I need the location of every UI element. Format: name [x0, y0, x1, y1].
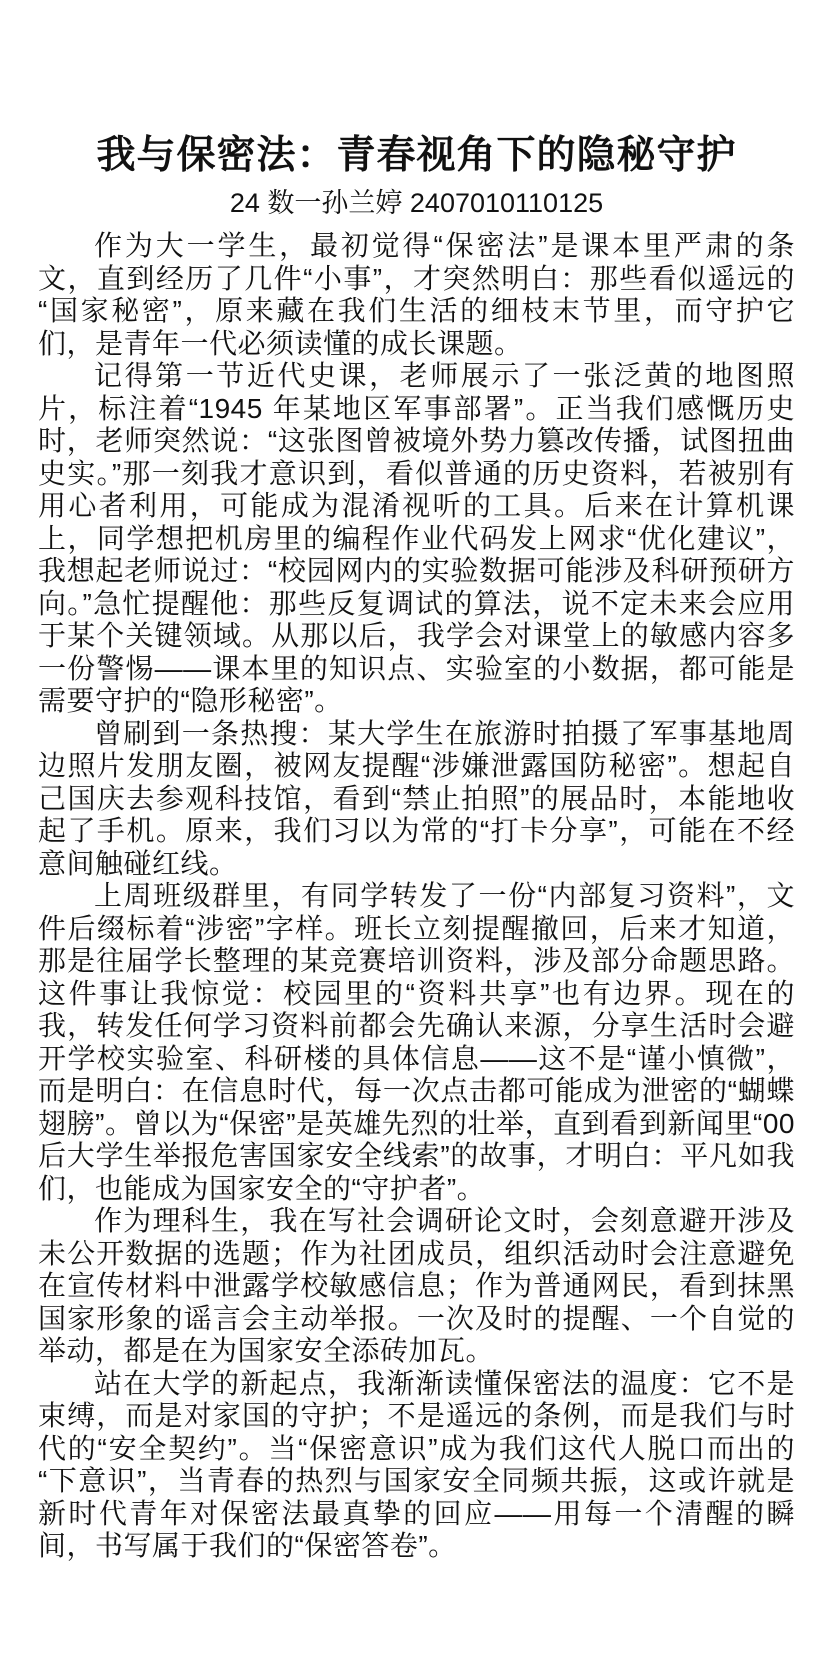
paragraph-3: 曾刷到一条热搜：某大学生在旅游时拍摄了军事基地周边照片发朋友圈，被网友提醒“涉嫌…: [38, 718, 795, 881]
document-byline: 24 数一孙兰婷 2407010110125: [38, 186, 795, 220]
document-title: 我与保密法：青春视角下的隐秘守护: [38, 130, 795, 182]
document-page: 我与保密法：青春视角下的隐秘守护 24 数一孙兰婷 2407010110125 …: [0, 0, 833, 1653]
paragraph-6: 站在大学的新起点，我渐渐读懂保密法的温度：它不是束缚，而是对家国的守护；不是遥远…: [38, 1368, 795, 1563]
paragraph-5: 作为理科生，我在写社会调研论文时，会刻意避开涉及未公开数据的选题；作为社团成员，…: [38, 1205, 795, 1368]
document-body: 作为大一学生，最初觉得“保密法”是课本里严肃的条文，直到经历了几件“小事”，才突…: [38, 230, 795, 1563]
paragraph-4: 上周班级群里，有同学转发了一份“内部复习资料”，文件后缀标着“涉密”字样。班长立…: [38, 880, 795, 1205]
paragraph-1: 作为大一学生，最初觉得“保密法”是课本里严肃的条文，直到经历了几件“小事”，才突…: [38, 230, 795, 360]
paragraph-2: 记得第一节近代史课，老师展示了一张泛黄的地图照片，标注着“1945 年某地区军事…: [38, 360, 795, 718]
